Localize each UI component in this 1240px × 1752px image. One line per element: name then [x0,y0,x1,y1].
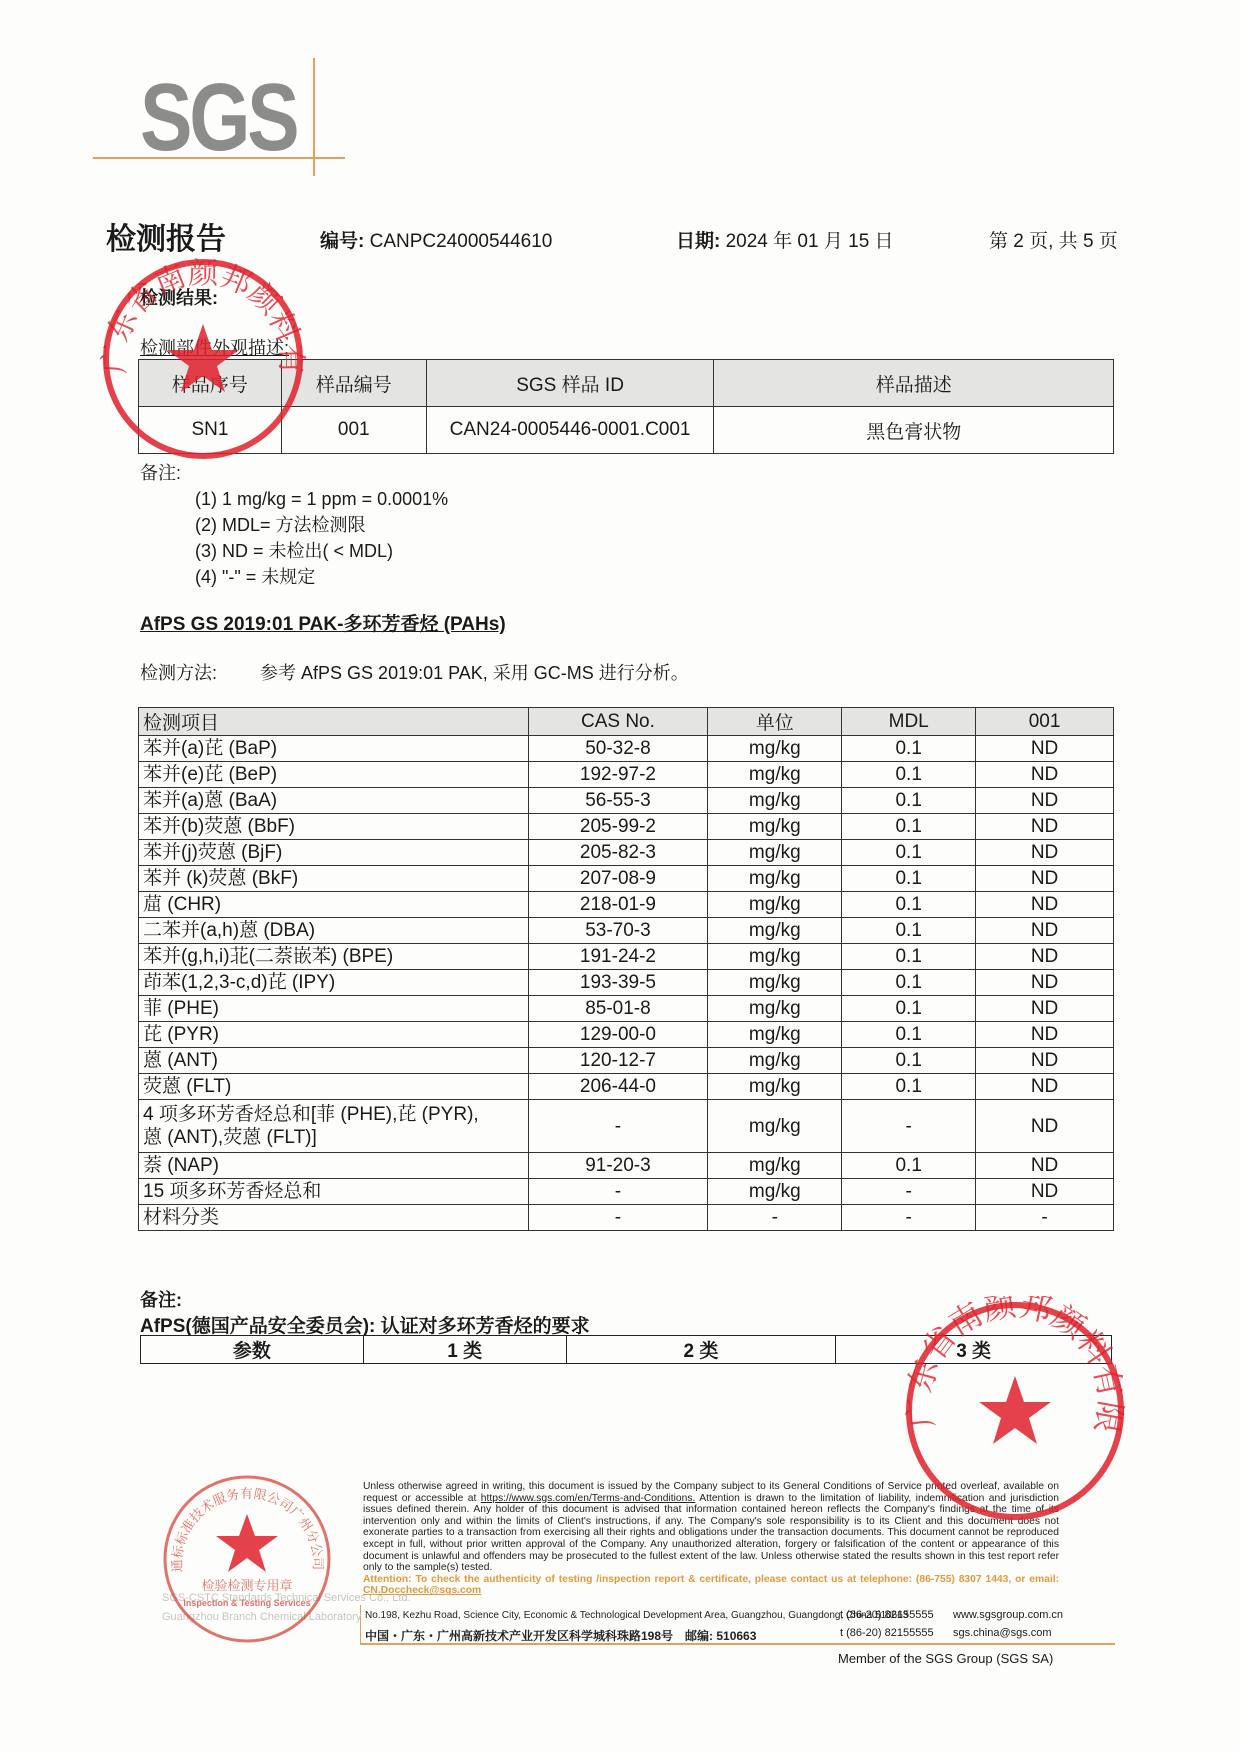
cell-mdl: 0.1 [842,1153,976,1179]
report-date: 日期: 2024 年 01 月 15 日 [676,226,894,253]
cell-test-item: 苯并(a)蒽 (BaA) [139,788,529,814]
cell-test-item: 材料分类 [139,1205,529,1231]
table-row: 苯并(a)蒽 (BaA)56-55-3mg/kg0.1ND [139,788,1114,814]
table-row: 苯并(j)荧蒽 (BjF)205-82-3mg/kg0.1ND [139,840,1114,866]
table-row: 菲 (PHE)85-01-8mg/kg0.1ND [139,996,1114,1022]
cell-mdl: - [842,1205,976,1231]
table-row: 䓛 (CHR)218-01-9mg/kg0.1ND [139,892,1114,918]
header-description: 样品描述 [714,360,1114,407]
svg-text:检验检测专用章: 检验检测专用章 [201,1578,292,1593]
cell-mdl: 0.1 [842,840,976,866]
appearance-label: 检测部件外观描述: [140,334,289,360]
cell-cas-no: 192-97-2 [528,762,708,788]
note-item: (4) "-" = 未规定 [140,564,448,590]
cell-test-item: 萘 (NAP) [139,1153,529,1179]
cell-unit: mg/kg [708,1022,842,1048]
cell-mdl: 0.1 [842,892,976,918]
cell-result: ND [976,996,1114,1022]
table-row: 材料分类---- [139,1205,1114,1231]
cell-unit: mg/kg [708,1100,842,1153]
header-category-2: 2 类 [566,1336,836,1364]
footer-rule [360,1643,1115,1645]
header-sample-no: 样品编号 [281,360,426,407]
cell-cas-no: 129-00-0 [528,1022,708,1048]
table-row: 二苯并(a,h)蒽 (DBA)53-70-3mg/kg0.1ND [139,918,1114,944]
logo-underline [93,157,345,159]
email-link[interactable]: sgs.china@sgs.com [953,1627,1052,1639]
pah-results-table: 检测项目 CAS No. 单位 MDL 001 苯并(a)芘 (BaP)50-3… [138,707,1114,1231]
cell-test-item: 苯并 (k)荧蒽 (BkF) [139,866,529,892]
sample-table: 样品序号 样品编号 SGS 样品 ID 样品描述 SN1 001 CAN24-0… [138,359,1114,454]
page-indicator: 第 2 页, 共 5 页 [989,226,1118,253]
cell-result: ND [976,970,1114,996]
address-chinese: 中国・广东・广州高新技术产业开发区科学城科珠路198号 邮编: 510663 [365,1627,756,1644]
notes: 备注: (1) 1 mg/kg = 1 ppm = 0.0001% (2) MD… [140,460,448,590]
disclaimer: Unless otherwise agreed in writing, this… [363,1481,1059,1597]
cell-mdl: 0.1 [842,944,976,970]
table-row: 荧蒽 (FLT)206-44-0mg/kg0.1ND [139,1074,1114,1100]
test-method-value: 参考 AfPS GS 2019:01 PAK, 采用 GC-MS 进行分析。 [260,663,689,683]
cell-test-item: 菲 (PHE) [139,996,529,1022]
cell-unit: mg/kg [708,814,842,840]
pah-section-title: AfPS GS 2019:01 PAK-多环芳香烃 (PAHs) [140,609,506,636]
table-row: 茚苯(1,2,3-c,d)芘 (IPY)193-39-5mg/kg0.1ND [139,970,1114,996]
header-test-item: 检测项目 [139,708,529,736]
cell-cas-no: 85-01-8 [528,996,708,1022]
sample-table-header: 样品序号 样品编号 SGS 样品 ID 样品描述 [139,360,1114,407]
header-sample-001: 001 [976,708,1114,736]
phone-2: t (86-20) 82155555 [840,1627,934,1639]
cell-result: ND [976,1153,1114,1179]
header-sgs-id: SGS 样品 ID [426,360,714,407]
cell-result: ND [976,866,1114,892]
cell-mdl: - [842,1179,976,1205]
cell-result: - [976,1205,1114,1231]
cell-test-item: 苯并(b)荧蒽 (BbF) [139,814,529,840]
cell-sample-seq: SN1 [139,407,282,454]
cell-result: ND [976,892,1114,918]
cell-unit: mg/kg [708,840,842,866]
cell-result: ND [976,1048,1114,1074]
authenticity-text: Attention: To check the authenticity of … [363,1574,1059,1585]
cell-cas-no: 218-01-9 [528,892,708,918]
cell-description: 黑色膏状物 [714,407,1114,454]
cell-test-item: 䓛 (CHR) [139,892,529,918]
afps-class-table: 参数 1 类 2 类 3 类 [140,1335,1112,1364]
table-row: 苯并(a)芘 (BaP)50-32-8mg/kg0.1ND [139,736,1114,762]
table-row: SN1 001 CAN24-0005446-0001.C001 黑色膏状物 [139,407,1114,454]
table-row: 萘 (NAP)91-20-3mg/kg0.1ND [139,1153,1114,1179]
cell-unit: mg/kg [708,866,842,892]
cell-mdl: 0.1 [842,814,976,840]
cell-cas-no: - [528,1205,708,1231]
header-parameter: 参数 [141,1336,364,1364]
cell-mdl: 0.1 [842,918,976,944]
cell-mdl: 0.1 [842,1022,976,1048]
cell-result: ND [976,788,1114,814]
sgs-membership: Member of the SGS Group (SGS SA) [838,1651,1053,1666]
cell-cas-no: 50-32-8 [528,736,708,762]
disclaimer-text-2: Attention is drawn to the limitation of … [363,1493,1059,1574]
cell-cas-no: 53-70-3 [528,918,708,944]
header-cas-no: CAS No. [528,708,708,736]
header-category-1: 1 类 [363,1336,566,1364]
cell-unit: mg/kg [708,788,842,814]
cell-mdl: 0.1 [842,866,976,892]
cell-cas-no: 207-08-9 [528,866,708,892]
cell-test-item: 苯并(j)荧蒽 (BjF) [139,840,529,866]
report-date-value: 2024 年 01 月 15 日 [726,231,894,252]
cell-test-item: 芘 (PYR) [139,1022,529,1048]
table-row: 4 项多环芳香烃总和[菲 (PHE),芘 (PYR),蒽 (ANT),荧蒽 (F… [139,1100,1114,1153]
afps-title: AfPS(德国产品安全委员会): 认证对多环芳香烃的要求 [140,1311,590,1338]
results-label: 检测结果: [140,284,218,310]
header-unit: 单位 [708,708,842,736]
star-icon [979,1376,1051,1444]
cell-mdl: 0.1 [842,788,976,814]
cell-unit: mg/kg [708,996,842,1022]
cell-test-item: 15 项多环芳香烃总和 [139,1179,529,1205]
star-icon [216,1514,278,1572]
cell-test-item: 4 项多环芳香烃总和[菲 (PHE),芘 (PYR),蒽 (ANT),荧蒽 (F… [139,1100,529,1153]
cell-cas-no: - [528,1100,708,1153]
table-row: 芘 (PYR)129-00-0mg/kg0.1ND [139,1022,1114,1048]
cell-cas-no: 205-82-3 [528,840,708,866]
cell-mdl: 0.1 [842,762,976,788]
table-row: 苯并(b)荧蒽 (BbF)205-99-2mg/kg0.1ND [139,814,1114,840]
table-row: 苯并(e)芘 (BeP)192-97-2mg/kg0.1ND [139,762,1114,788]
cell-result: ND [976,1022,1114,1048]
report-number-label: 编号: [320,231,364,252]
lab-name-line-2: Guangzhou Branch Chemical Laboratory [162,1611,361,1623]
cell-test-item: 二苯并(a,h)蒽 (DBA) [139,918,529,944]
cell-mdl: - [842,1100,976,1153]
logo-vertical-rule [313,58,315,176]
cell-test-item: 苯并(g,h,i)苝(二萘嵌苯) (BPE) [139,944,529,970]
cell-sample-no: 001 [281,407,426,454]
cell-cas-no: 56-55-3 [528,788,708,814]
cell-test-item: 苯并(e)芘 (BeP) [139,762,529,788]
cell-result: ND [976,1179,1114,1205]
cell-unit: mg/kg [708,736,842,762]
table-row: 15 项多环芳香烃总和-mg/kg-ND [139,1179,1114,1205]
cell-unit: mg/kg [708,918,842,944]
note-item: (1) 1 mg/kg = 1 ppm = 0.0001% [140,486,448,512]
cell-cas-no: 193-39-5 [528,970,708,996]
header-sample-seq: 样品序号 [139,360,282,407]
afps-remark-label: 备注: [140,1286,182,1312]
cell-result: ND [976,1074,1114,1100]
cell-result: ND [976,1100,1114,1153]
cell-unit: mg/kg [708,892,842,918]
notes-label: 备注: [140,460,448,486]
cell-mdl: 0.1 [842,736,976,762]
report-title: 检测报告 [106,214,226,258]
note-item: (2) MDL= 方法检测限 [140,512,448,538]
cell-mdl: 0.1 [842,1074,976,1100]
sgs-logo: SGS [140,70,296,166]
svg-text:广东省南颜邦颜料有限公司: 广东省南颜邦颜料有限公司 [900,1296,1130,1436]
cell-test-item: 苯并(a)芘 (BaP) [139,736,529,762]
table-row: 蒽 (ANT)120-12-7mg/kg0.1ND [139,1048,1114,1074]
report-number-value: CANPC24000544610 [370,231,553,252]
lab-name-line-1: SGS-CSTC Standards Technical Services Co… [162,1592,411,1604]
phone-1: t (86-20) 82155555 [840,1609,934,1621]
report-date-label: 日期: [676,231,720,252]
cell-unit: mg/kg [708,1048,842,1074]
report-number: 编号: CANPC24000544610 [320,226,552,253]
cell-cas-no: 206-44-0 [528,1074,708,1100]
cell-result: ND [976,918,1114,944]
cell-test-item: 茚苯(1,2,3-c,d)芘 (IPY) [139,970,529,996]
pah-table-header: 检测项目 CAS No. 单位 MDL 001 [139,708,1114,736]
terms-link[interactable]: https://www.sgs.com/en/Terms-and-Conditi… [481,1493,696,1504]
cell-unit: mg/kg [708,1074,842,1100]
cell-cas-no: 120-12-7 [528,1048,708,1074]
afps-class-header: 参数 1 类 2 类 3 类 [141,1336,1112,1364]
cell-result: ND [976,762,1114,788]
cell-unit: mg/kg [708,970,842,996]
cell-result: ND [976,944,1114,970]
cell-test-item: 荧蒽 (FLT) [139,1074,529,1100]
address-english: No.198, Kezhu Road, Science City, Econom… [365,1610,908,1621]
cell-mdl: 0.1 [842,970,976,996]
cell-cas-no: 191-24-2 [528,944,708,970]
cell-unit: mg/kg [708,1179,842,1205]
header-mdl: MDL [842,708,976,736]
cell-result: ND [976,814,1114,840]
note-item: (3) ND = 未检出( < MDL) [140,538,448,564]
cell-cas-no: - [528,1179,708,1205]
test-method-label: 检测方法: [140,663,217,683]
table-row: 苯并(g,h,i)苝(二萘嵌苯) (BPE)191-24-2mg/kg0.1ND [139,944,1114,970]
authenticity-notice: Attention: To check the authenticity of … [363,1574,1059,1597]
header-category-3: 3 类 [836,1336,1112,1364]
cell-unit: mg/kg [708,762,842,788]
cell-unit: - [708,1205,842,1231]
cell-sgs-id: CAN24-0005446-0001.C001 [426,407,714,454]
test-method: 检测方法: 参考 AfPS GS 2019:01 PAK, 采用 GC-MS 进… [140,659,689,685]
website-link[interactable]: www.sgsgroup.com.cn [953,1609,1063,1621]
cell-unit: mg/kg [708,1153,842,1179]
table-row: 苯并 (k)荧蒽 (BkF)207-08-9mg/kg0.1ND [139,866,1114,892]
cell-test-item: 蒽 (ANT) [139,1048,529,1074]
cell-unit: mg/kg [708,944,842,970]
cell-mdl: 0.1 [842,1048,976,1074]
cell-cas-no: 205-99-2 [528,814,708,840]
cell-mdl: 0.1 [842,996,976,1022]
cell-result: ND [976,736,1114,762]
cell-result: ND [976,840,1114,866]
svg-text:通标标准技术服务有限公司广州分公司: 通标标准技术服务有限公司广州分公司 [170,1487,325,1573]
cell-cas-no: 91-20-3 [528,1153,708,1179]
